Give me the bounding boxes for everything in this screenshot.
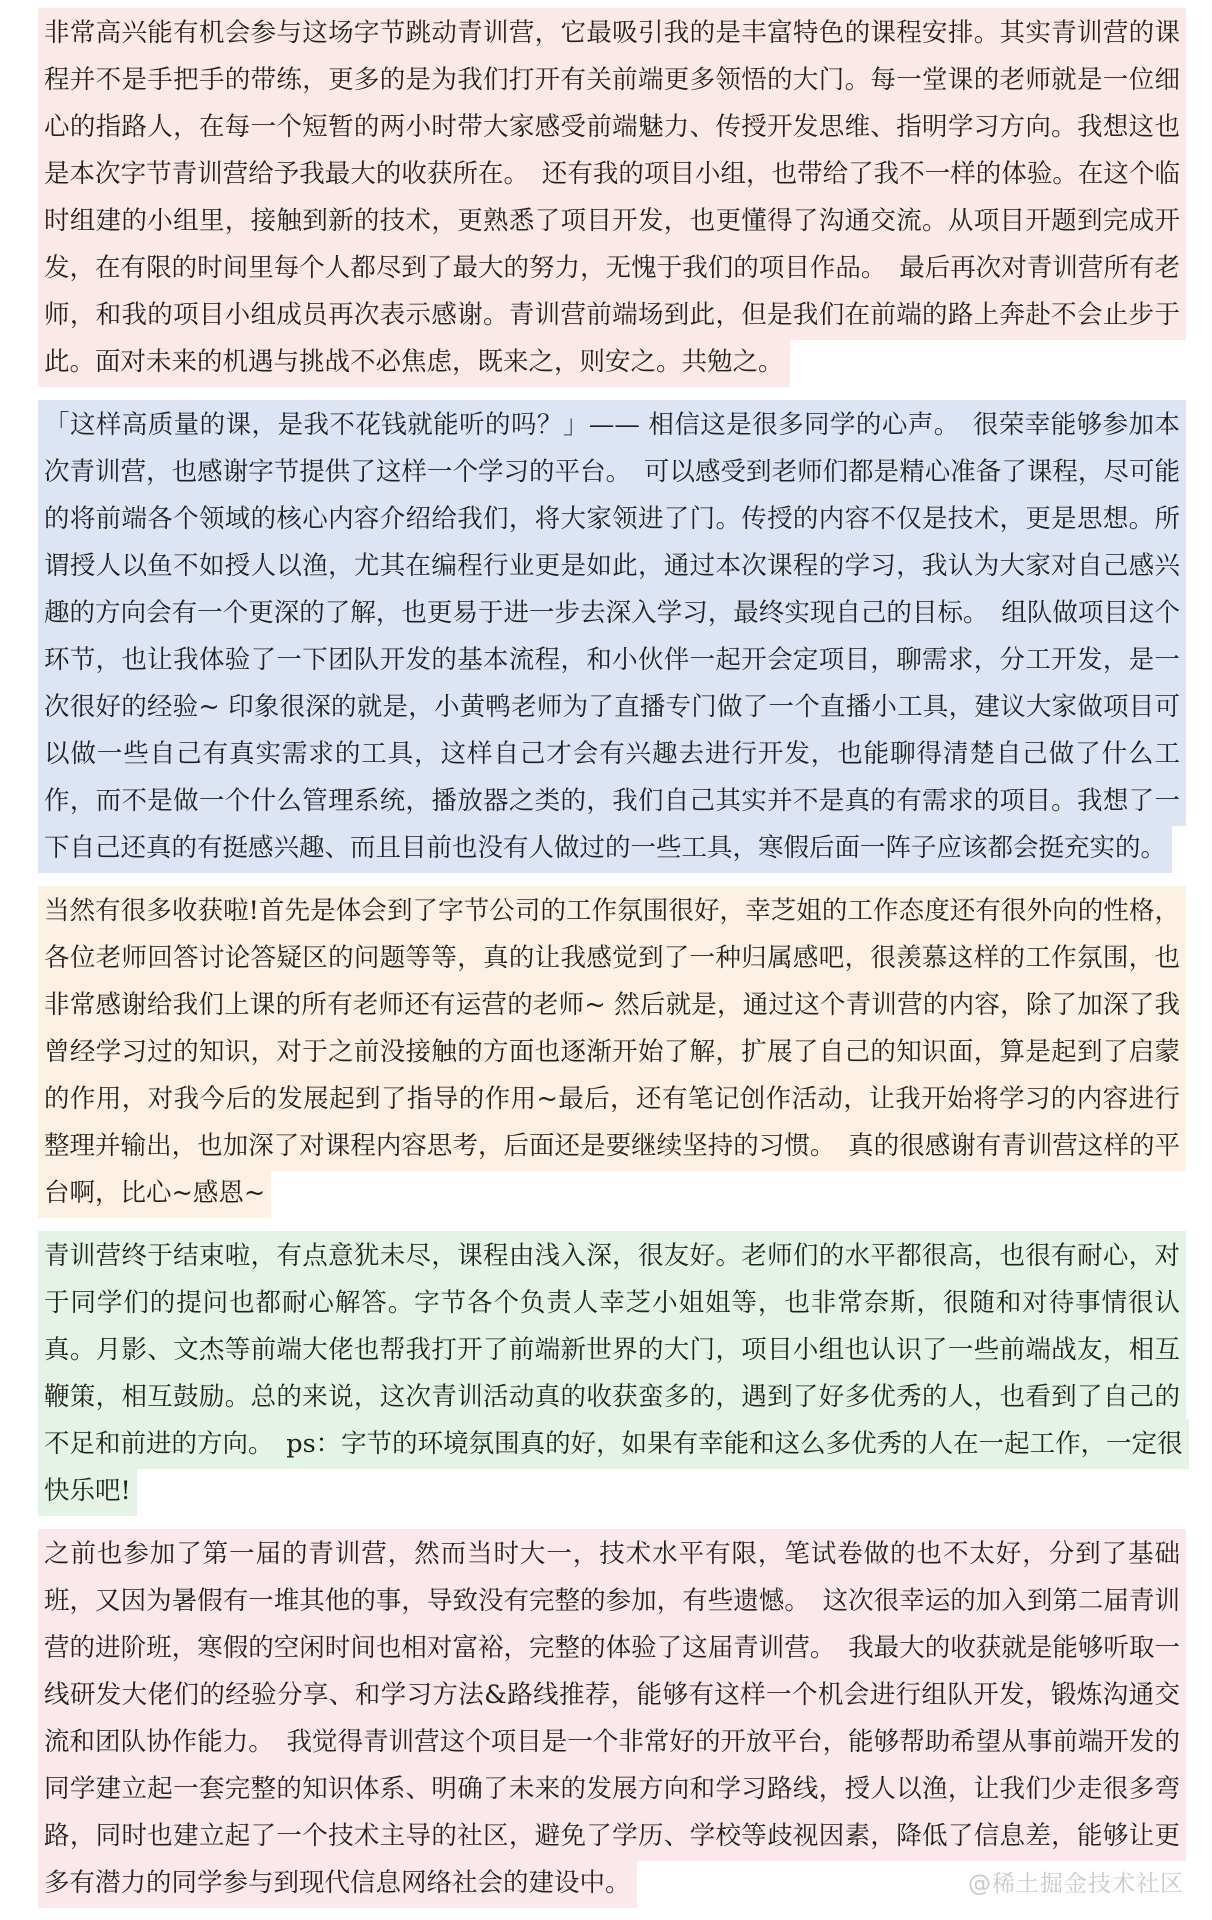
testimonial-text-5: 之前也参加了第一届的青训营，然而当时大一，技术水平有限，笔试卷做的也不太好，分到… — [38, 1529, 1186, 1908]
testimonial-page: 非常高兴能有机会参与这场字节跳动青训营，它最吸引我的是丰富特色的课程安排。其实青… — [38, 10, 1186, 1920]
testimonial-text-3: 当然有很多收获啦!首先是体会到了字节公司的工作氛围很好，幸芝姐的工作态度还有很外… — [38, 886, 1186, 1218]
watermark: @稀土掘金技术社区 — [968, 1865, 1184, 1898]
testimonial-text-4: 青训营终于结束啦，有点意犹未尽，课程由浅入深，很友好。老师们的水平都很高，也很有… — [38, 1231, 1189, 1516]
testimonial-block-4: 青训营终于结束啦，有点意犹未尽，课程由浅入深，很友好。老师们的水平都很高，也很有… — [38, 1233, 1186, 1515]
testimonial-text-2: 「这样高质量的课，是我不花钱就能听的吗？」—— 相信这是很多同学的心声。 很荣幸… — [38, 400, 1186, 873]
testimonial-block-1: 非常高兴能有机会参与这场字节跳动青训营，它最吸引我的是丰富特色的课程安排。其实青… — [38, 10, 1186, 386]
testimonial-block-5: 之前也参加了第一届的青训营，然而当时大一，技术水平有限，笔试卷做的也不太好，分到… — [38, 1531, 1186, 1907]
testimonial-block-2: 「这样高质量的课，是我不花钱就能听的吗？」—— 相信这是很多同学的心声。 很荣幸… — [38, 402, 1186, 872]
testimonial-block-3: 当然有很多收获啦!首先是体会到了字节公司的工作氛围很好，幸芝姐的工作态度还有很外… — [38, 888, 1186, 1217]
testimonial-text-1: 非常高兴能有机会参与这场字节跳动青训营，它最吸引我的是丰富特色的课程安排。其实青… — [38, 8, 1186, 387]
